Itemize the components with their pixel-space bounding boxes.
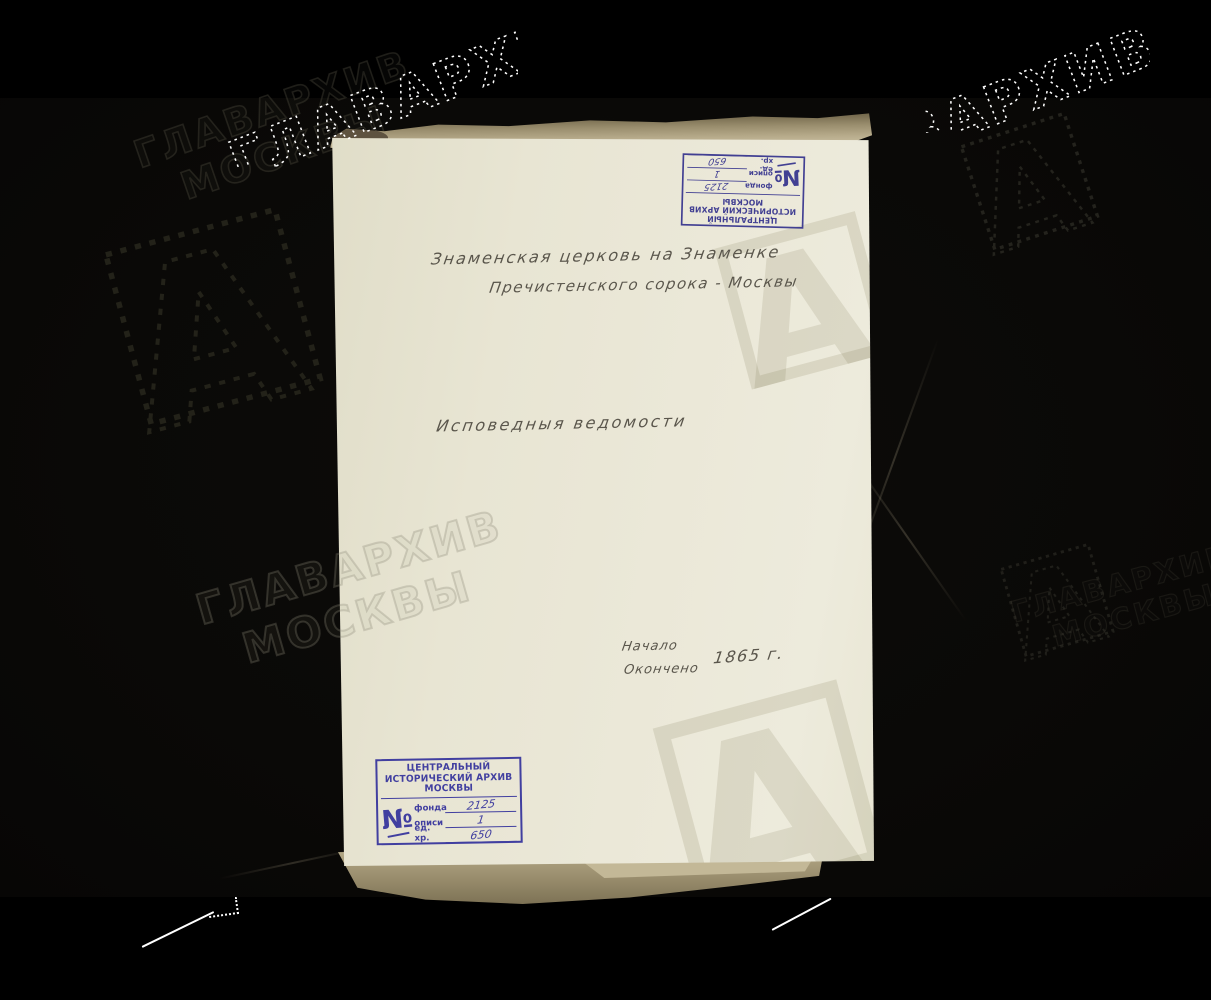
white-dotted-watermark: ГЛАВАРХИВ (925, 8, 1150, 133)
stamp-field-edhr: ед. хр. 650 (414, 827, 516, 843)
handwritten-end-label: Окончено (623, 661, 700, 678)
stamp-field-value: 2125 (704, 182, 730, 193)
logo-letter: А (95, 191, 326, 482)
stamp-field-edhr: ед. хр. 650 (687, 155, 773, 169)
stamp-field-fond: фонда 2125 (687, 180, 773, 194)
stamp-field-value: 650 (707, 157, 727, 167)
white-dotted-watermark: ГЛАВАРХИВ (208, 12, 518, 167)
glavarhiv-logo-icon: А (60, 165, 360, 465)
stamp-field-fond: фонда 2125 (414, 797, 516, 813)
stamp-field-value: 1 (713, 170, 721, 180)
scratch-mark (142, 911, 215, 948)
document-page: А А ЦЕНТРАЛЬНЫЙ ИСТОРИЧЕСКИЙ АРХИВ МОСКВ… (330, 114, 874, 904)
watermark-line: ГЛАВАРХИВ (925, 14, 1150, 133)
stamp-field-value: 2125 (466, 797, 496, 811)
stamp-organization: ЦЕНТРАЛЬНЫЙ ИСТОРИЧЕСКИЙ АРХИВ МОСКВЫ (685, 195, 800, 227)
stamp-number-sign: № (379, 805, 415, 837)
handwritten-start-label: Начало (621, 638, 679, 654)
archive-stamp-inverted: ЦЕНТРАЛЬНЫЙ ИСТОРИЧЕСКИЙ АРХИВ МОСКВЫ № … (681, 153, 805, 228)
logo-letter: А (713, 204, 874, 428)
stamp-field-value: 1 (476, 814, 485, 826)
stamp-organization: ЦЕНТРАЛЬНЫЙ ИСТОРИЧЕСКИЙ АРХИВ МОСКВЫ (380, 759, 517, 796)
glavarhiv-logo-icon: А (616, 644, 874, 866)
scratch-mark (207, 897, 239, 918)
stamp-field-value: 650 (470, 828, 493, 841)
stamp-number-sign: № (772, 163, 802, 189)
archive-stamp: ЦЕНТРАЛЬНЫЙ ИСТОРИЧЕСКИЙ АРХИВ МОСКВЫ № … (375, 757, 522, 846)
cover-sheet: А А ЦЕНТРАЛЬНЫЙ ИСТОРИЧЕСКИЙ АРХИВ МОСКВ… (330, 138, 874, 866)
archival-scan: А А А ГЛАВАРХИВ МОСКВЫ ГЛАВАРХИВ МОСКВЫ (0, 0, 1211, 1000)
handwritten-subject: Исповедныя ведомости (435, 411, 679, 435)
watermark-line: ГЛАВАРХИВ (220, 12, 518, 167)
